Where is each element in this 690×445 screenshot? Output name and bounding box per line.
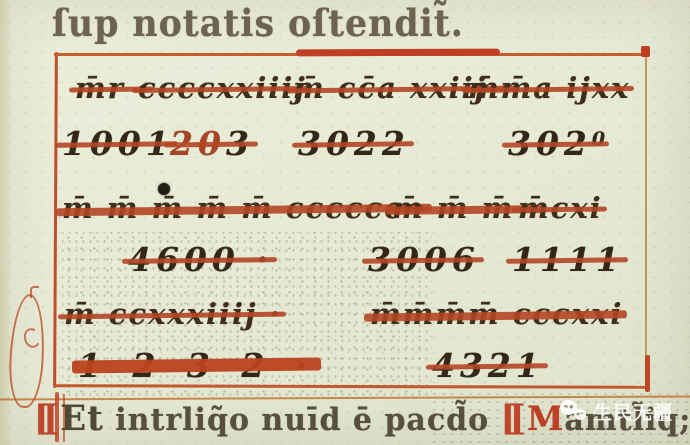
crossed-numeral: m̄m̄m̄m̄ cccxxi	[370, 296, 623, 334]
crossed-numeral: 3006	[368, 240, 480, 280]
red-ink-digits: 20	[170, 124, 226, 163]
watermark-label: 生民无疆	[593, 398, 673, 425]
manuscript-photo: ſup notatis oſtendit̃. m̄r · ccccxxiiij …	[0, 0, 690, 445]
crossed-numeral: m̄m̄a ijxx	[468, 70, 630, 108]
bottom-text-mid: intrliq̃o nuīd ē pacd̃o	[104, 402, 501, 438]
numeral-row-4: 4600 · 3006 1111	[0, 240, 690, 286]
crossed-numeral: 1111	[512, 240, 624, 280]
bottom-text-lead: Et	[60, 398, 104, 439]
crossed-numeral: m̄ ccxxxiiij ·	[64, 296, 282, 334]
heading-text: ſup notatis oſtendit̃.	[52, 1, 464, 45]
crossed-numeral: ccccxxiiij	[138, 70, 307, 108]
crossed-numeral: 203	[170, 124, 254, 164]
crossed-numeral: 1001	[62, 124, 174, 164]
margin-red-doodle-tick	[30, 286, 39, 298]
numeral-row-6: 1 2 3 2 · 4321	[0, 346, 690, 392]
frame-top-border-thick-stroke	[296, 49, 500, 57]
frame-corner-mark-top-right	[641, 46, 650, 57]
numeral-row-3: m̄ m̄ m̄ m̄ m̄ cccccc · m̄ m̄ m̄ · m̄cxi	[0, 190, 690, 236]
crossed-numeral: 3022	[298, 124, 410, 164]
crossed-numeral: 4600 ·	[128, 240, 273, 280]
red-initial-letter: M	[527, 399, 564, 439]
dark-ink-digits: 3	[226, 124, 254, 163]
crossed-numeral: m̄ m̄ m̄ m̄ m̄ cccccc ·	[62, 190, 428, 228]
superscript-digit: 0	[592, 128, 605, 150]
dark-ink-digits: 302	[508, 124, 592, 163]
crossed-numeral: 4321	[432, 346, 544, 386]
numeral-row-2: 1001 203 3022 3020	[0, 124, 690, 170]
numeral-row-5: m̄ ccxxxiiij · m̄m̄m̄m̄ cccxxi	[0, 296, 690, 342]
red-paraph-mark: [[	[501, 398, 520, 439]
crossed-numeral-heavy: 1 2 3 2 ·	[78, 346, 317, 386]
wechat-bubble-small	[574, 409, 586, 420]
crossed-numeral: m̄cxi	[518, 190, 603, 228]
watermark: 生民无疆	[560, 398, 673, 425]
red-paraph-mark: [[	[34, 398, 53, 439]
crossed-numeral: 3020	[508, 124, 605, 164]
wechat-icon	[560, 400, 587, 424]
numeral-row-1: m̄r · ccccxxiiij m̄ cc̄a xxiij · m̄m̄a i…	[0, 70, 690, 116]
